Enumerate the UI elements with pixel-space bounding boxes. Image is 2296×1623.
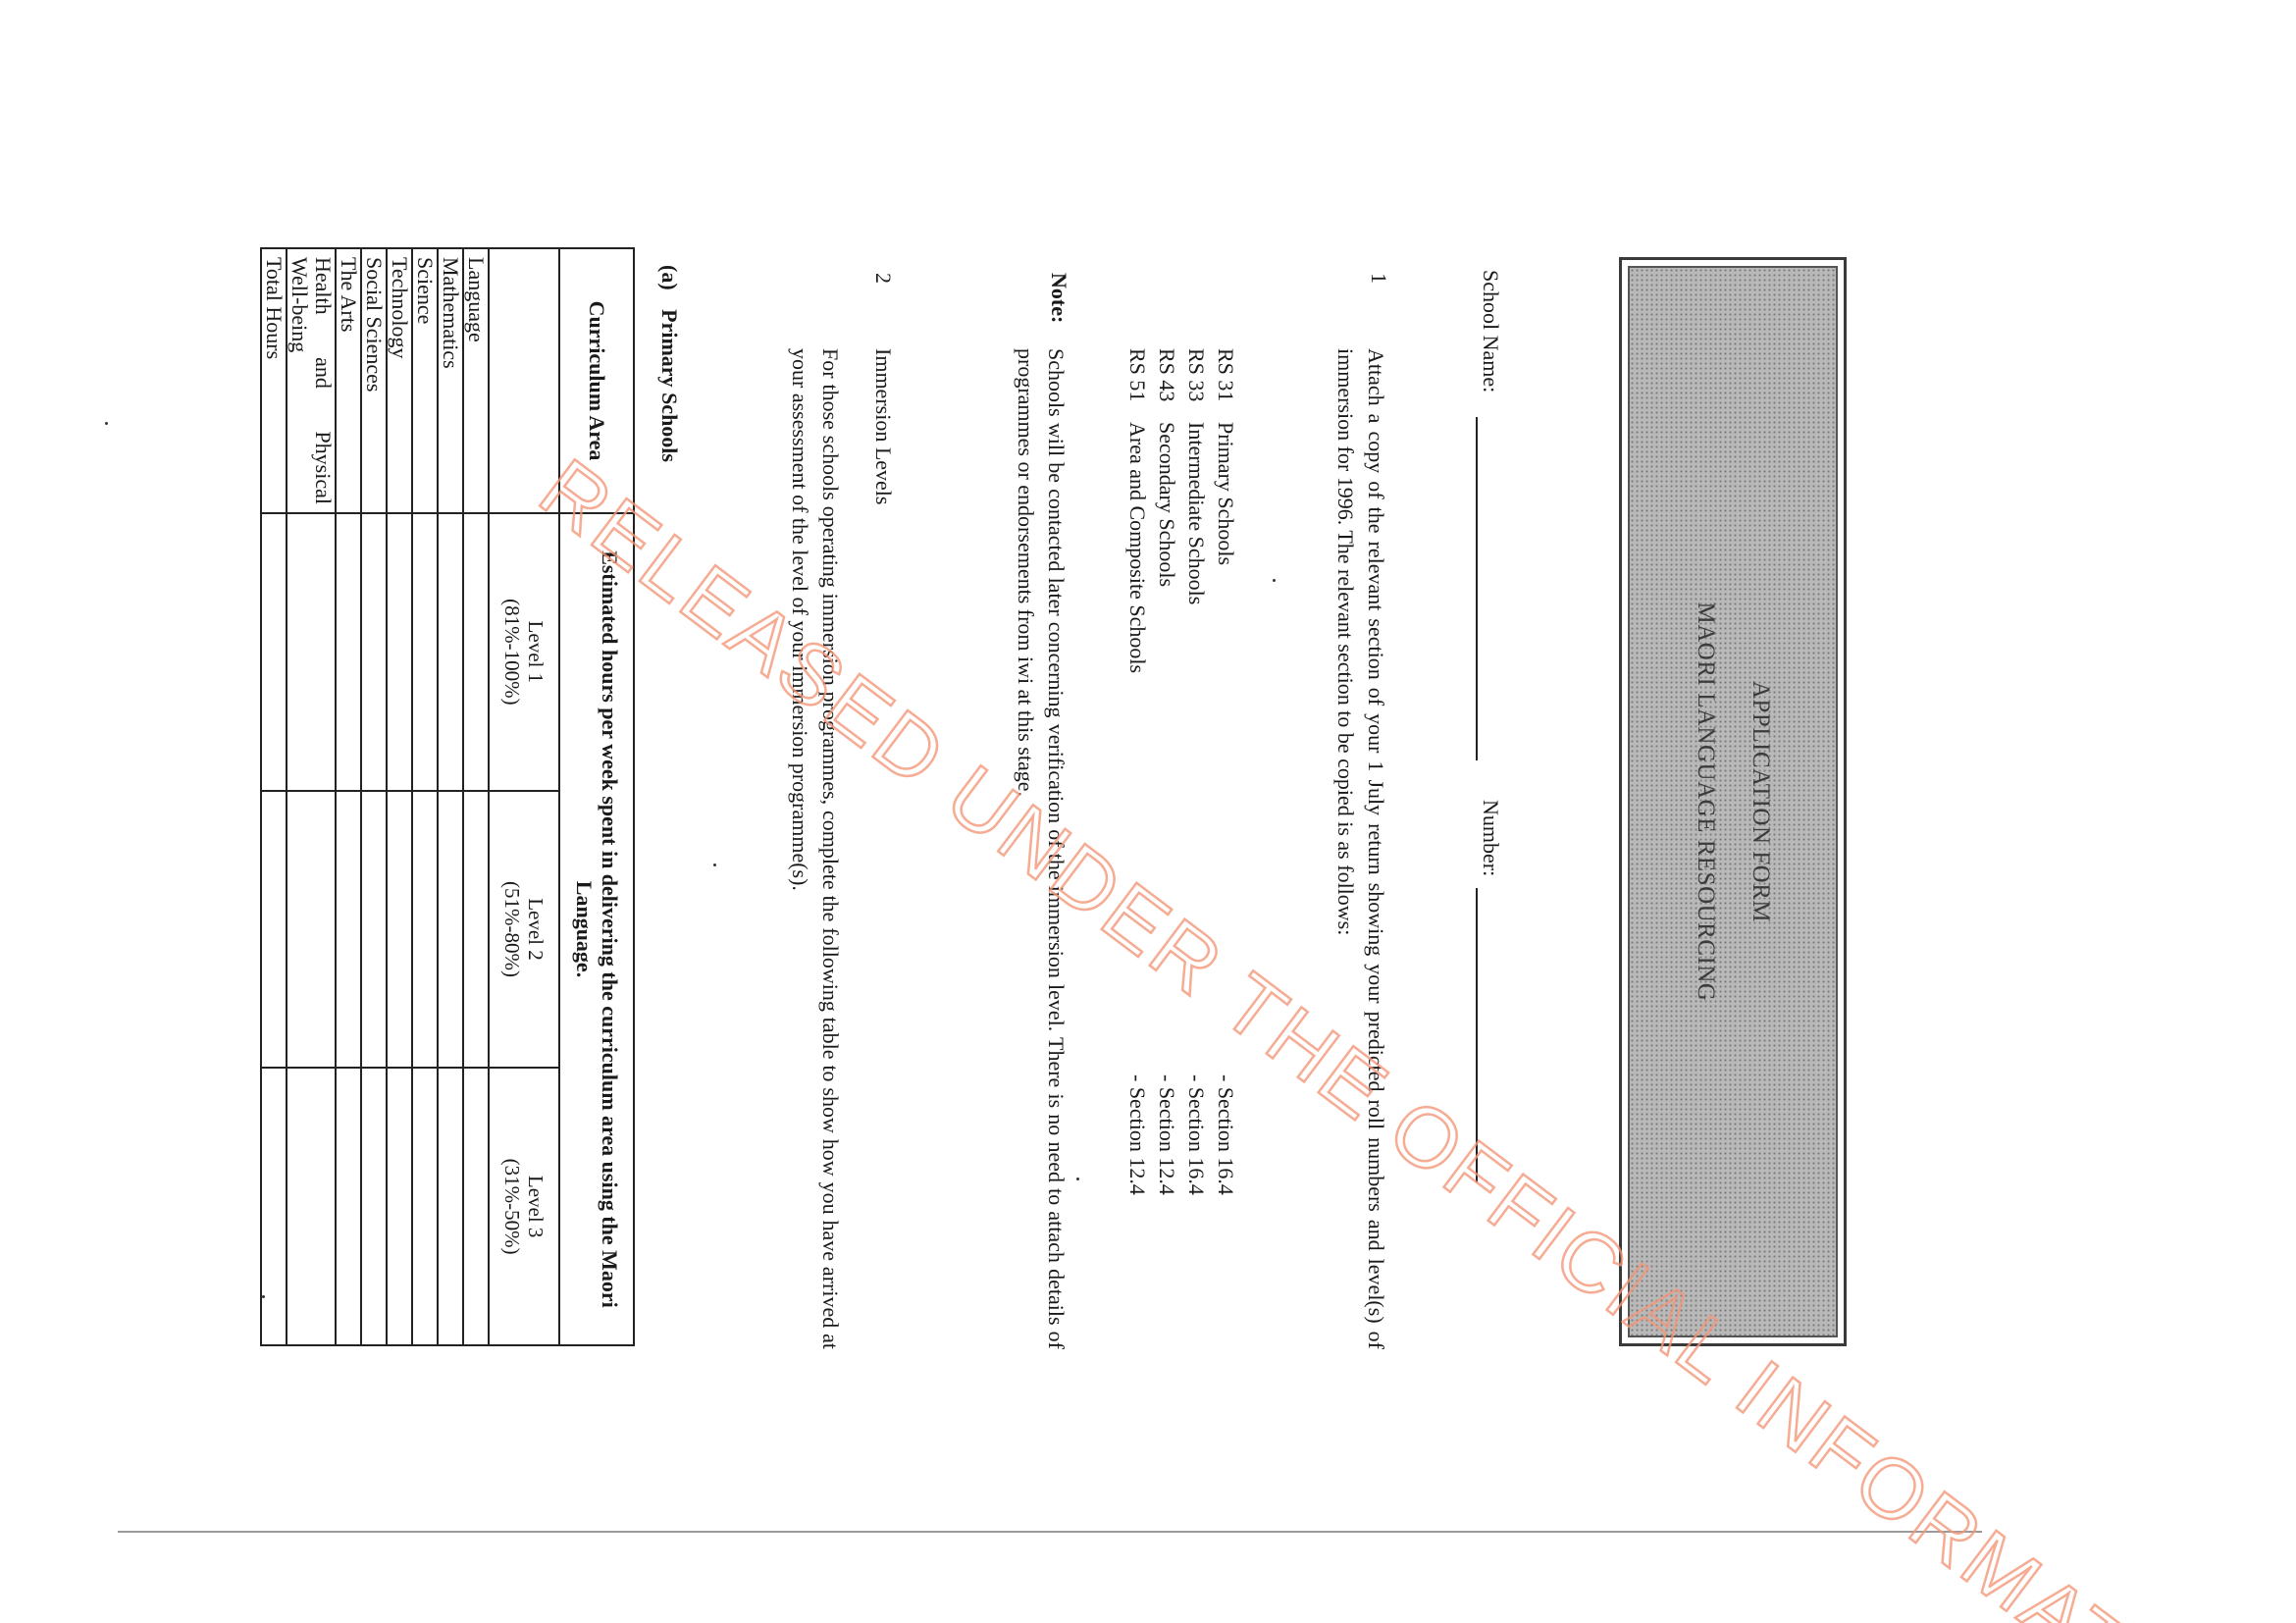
item-1-text: Attach a copy of the relevant section of… xyxy=(1331,348,1391,1349)
hours-input-cell[interactable] xyxy=(438,1068,463,1345)
return-school-type: Primary Schools xyxy=(1211,422,1240,565)
hours-input-cell[interactable] xyxy=(336,1068,361,1345)
level-name: Level 2 xyxy=(524,800,548,1060)
scan-speck xyxy=(1076,1178,1079,1180)
blank-header-cell xyxy=(489,248,559,513)
return-school-type: Secondary Schools xyxy=(1152,422,1181,587)
scan-speck xyxy=(105,422,108,425)
return-section: - Section 16.4 xyxy=(1181,1074,1211,1195)
table-level-row: Level 1 (81%-100%) Level 2 (51%-80%) Lev… xyxy=(489,248,559,1345)
return-section: - Section 16.4 xyxy=(1211,1074,1240,1195)
level-range: (51%-80%) xyxy=(500,800,524,1060)
scan-speck xyxy=(713,864,716,866)
hours-input-cell[interactable] xyxy=(287,513,336,791)
hours-input-cell[interactable] xyxy=(361,1068,387,1345)
area-word: and xyxy=(311,357,335,389)
item-2-number: 2 xyxy=(870,273,896,284)
return-school-type: Intermediate Schools xyxy=(1181,422,1211,604)
hours-input-cell[interactable] xyxy=(438,791,463,1069)
return-sections-list: RS 31 Primary Schools - Section 16.4 RS … xyxy=(1122,348,1240,1349)
hours-input-cell[interactable] xyxy=(287,1068,336,1345)
return-code: RS 51 xyxy=(1122,348,1152,401)
total-hours-cell[interactable] xyxy=(261,791,287,1069)
return-code: RS 33 xyxy=(1181,348,1211,401)
table-row: Science xyxy=(412,248,438,1345)
total-hours-cell[interactable] xyxy=(261,1068,287,1345)
immersion-hours-table: Curriculum Area Estimated hours per week… xyxy=(260,247,635,1346)
total-hours-label: Total Hours xyxy=(261,248,287,513)
total-hours-cell[interactable] xyxy=(261,513,287,791)
table-row: Technology xyxy=(387,248,412,1345)
item-2-title: Immersion Levels xyxy=(870,348,896,504)
return-code: RS 43 xyxy=(1152,348,1181,401)
curriculum-area-cell: Science xyxy=(412,248,438,513)
level-1-header: Level 1 (81%-100%) xyxy=(489,513,559,791)
section-a-heading: (a) Primary Schools xyxy=(656,265,682,462)
hours-input-cell[interactable] xyxy=(387,791,412,1069)
curriculum-area-cell: Health and Physical Well-being xyxy=(287,248,336,513)
hours-input-cell[interactable] xyxy=(287,791,336,1069)
level-3-header: Level 3 (31%-50%) xyxy=(489,1068,559,1345)
return-row: RS 51 Area and Composite Schools - Secti… xyxy=(1122,348,1152,1349)
curriculum-area-header: Curriculum Area xyxy=(559,248,634,513)
hours-input-cell[interactable] xyxy=(463,1068,489,1345)
table-header-row: Curriculum Area Estimated hours per week… xyxy=(559,248,634,1345)
scan-speck xyxy=(1273,579,1276,582)
header-box: APPLICATION FORM MAORI LANGUAGE RESOURCI… xyxy=(1619,257,1847,1346)
table-row: Language xyxy=(463,248,489,1345)
section-a-label: (a) xyxy=(657,265,682,290)
hours-input-cell[interactable] xyxy=(387,1068,412,1345)
school-name-label: School Name: xyxy=(1478,270,1503,393)
table-total-row: Total Hours xyxy=(261,248,287,1345)
note-label: Note: xyxy=(1046,273,1071,323)
hours-input-cell[interactable] xyxy=(463,513,489,791)
return-code: RS 31 xyxy=(1211,348,1240,401)
hours-input-cell[interactable] xyxy=(361,791,387,1069)
return-section: - Section 12.4 xyxy=(1152,1074,1181,1195)
form-title: APPLICATION FORM xyxy=(1747,681,1774,922)
return-section: - Section 12.4 xyxy=(1122,1074,1152,1195)
form-subtitle: MAORI LANGUAGE RESOURCING xyxy=(1692,602,1719,1002)
hours-input-cell[interactable] xyxy=(463,791,489,1069)
note-text: Schools will be contacted later concerni… xyxy=(1011,348,1071,1349)
scan-speck xyxy=(262,1295,265,1298)
hours-input-cell[interactable] xyxy=(412,1068,438,1345)
area-word: Physical xyxy=(311,431,335,504)
curriculum-area-cell: The Arts xyxy=(336,248,361,513)
curriculum-area-cell: Mathematics xyxy=(438,248,463,513)
return-row: RS 31 Primary Schools - Section 16.4 xyxy=(1211,348,1240,1349)
item-1-number: 1 xyxy=(1366,273,1391,284)
hours-input-cell[interactable] xyxy=(336,791,361,1069)
rotated-document-page: APPLICATION FORM MAORI LANGUAGE RESOURCI… xyxy=(0,0,2296,1623)
item-2-text: For those schools operating immersion pr… xyxy=(785,348,846,1349)
header-shaded-panel: APPLICATION FORM MAORI LANGUAGE RESOURCI… xyxy=(1628,266,1838,1337)
hours-input-cell[interactable] xyxy=(387,513,412,791)
level-name: Level 3 xyxy=(524,1076,548,1336)
curriculum-area-cell: Technology xyxy=(387,248,412,513)
return-school-type: Area and Composite Schools xyxy=(1122,422,1152,673)
level-range: (31%-50%) xyxy=(500,1076,524,1336)
area-first-line: Health and Physical xyxy=(311,257,335,504)
table-row: The Arts xyxy=(336,248,361,1345)
section-a-title: Primary Schools xyxy=(657,309,682,462)
table-row: Mathematics xyxy=(438,248,463,1345)
level-2-header: Level 2 (51%-80%) xyxy=(489,791,559,1069)
hours-input-cell[interactable] xyxy=(412,791,438,1069)
curriculum-area-cell: Social Sciences xyxy=(361,248,387,513)
table-row: Health and Physical Well-being xyxy=(287,248,336,1345)
estimated-hours-header: Estimated hours per week spent in delive… xyxy=(559,513,634,1345)
school-number-label: Number: xyxy=(1478,800,1503,876)
level-range: (81%-100%) xyxy=(500,522,524,782)
school-number-field[interactable] xyxy=(1476,888,1478,1182)
area-second-line: Well-being xyxy=(287,257,311,504)
return-row: RS 33 Intermediate Schools - Section 16.… xyxy=(1181,348,1211,1349)
area-word: Health xyxy=(311,257,335,315)
school-details-row: School Name: Number: xyxy=(1464,270,1503,1349)
table-row: Social Sciences xyxy=(361,248,387,1345)
school-name-field[interactable] xyxy=(1476,417,1478,760)
hours-input-cell[interactable] xyxy=(361,513,387,791)
hours-input-cell[interactable] xyxy=(412,513,438,791)
curriculum-area-cell: Language xyxy=(463,248,489,513)
return-row: RS 43 Secondary Schools - Section 12.4 xyxy=(1152,348,1181,1349)
hours-input-cell[interactable] xyxy=(336,513,361,791)
hours-input-cell[interactable] xyxy=(438,513,463,791)
scan-edge-line xyxy=(118,1531,1982,1533)
level-name: Level 1 xyxy=(524,522,548,782)
